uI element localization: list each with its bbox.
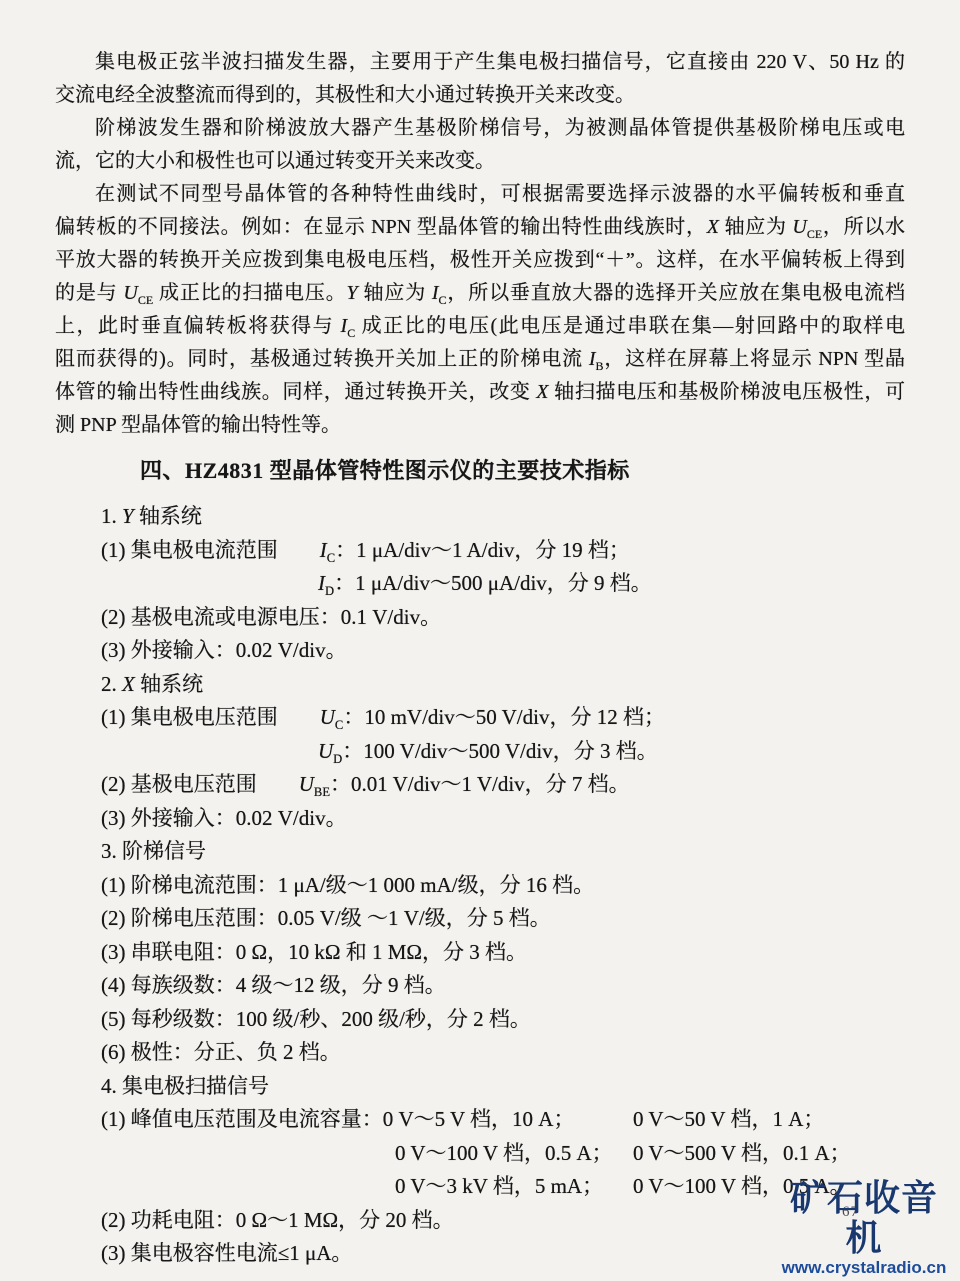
spec-list: 1. Y 轴系统(1) 集电极电流范围 IC：1 μA/div～1 A/div，… xyxy=(55,500,905,1271)
text-line: 流，它的大小和极性也可以通过转变开关来改变。 xyxy=(55,145,905,178)
spec-line-text: (3) 集电极容性电流≤1 μA。 xyxy=(101,1237,352,1271)
spec-line-text: (1) 阶梯电流范围：1 μA/级～1 000 mA/级，分 16 档。 xyxy=(101,869,594,903)
spec-line: 0 V～100 V 档，0.5 A；0 V～500 V 档，0.1 A； xyxy=(55,1137,905,1171)
text-line: 偏转板的不同接法。例如：在显示 NPN 型晶体管的输出特性曲线族时，X 轴应为 … xyxy=(55,211,905,244)
spec-line-text: 2. X 轴系统 xyxy=(101,668,203,702)
spec-line-text: 0 V～3 kV 档，5 mA； xyxy=(395,1170,603,1204)
spec-line-text: (4) 每族级数：4 级～12 级，分 9 档。 xyxy=(101,969,446,1003)
spec-line-text: 1. Y 轴系统 xyxy=(101,500,202,534)
spec-line: 3. 阶梯信号 xyxy=(55,835,905,869)
watermark-url: www.crystalradio.cn xyxy=(774,1258,954,1277)
spec-line-right-column: 0 V～50 V 档，1 A； xyxy=(633,1103,824,1137)
spec-line: (5) 每秒级数：100 级/秒、200 级/秒，分 2 档。 xyxy=(55,1003,905,1037)
text-line: 体管的输出特性曲线族。同样，通过转换开关，改变 X 轴扫描电压和基极阶梯波电压极… xyxy=(55,376,905,409)
text-line: 平放大器的转换开关应拨到集电极电压档，极性开关应拨到“＋”。这样，在水平偏转板上… xyxy=(55,244,905,277)
spec-line-text: (2) 基极电压范围 UBE：0.01 V/div～1 V/div，分 7 档。 xyxy=(101,768,630,802)
spec-line: (1) 集电极电流范围 IC：1 μA/div～1 A/div，分 19 档； xyxy=(55,534,905,568)
spec-line: (3) 外接输入：0.02 V/div。 xyxy=(55,634,905,668)
spec-line: UD：100 V/div～500 V/div，分 3 档。 xyxy=(55,735,905,769)
spec-line-text: UD：100 V/div～500 V/div，分 3 档。 xyxy=(318,735,658,769)
spec-line: 1. Y 轴系统 xyxy=(55,500,905,534)
text-line: 上，此时垂直偏转板将获得与 IC 成正比的电压(此电压是通过串联在集—射回路中的… xyxy=(55,310,905,343)
paragraph: 集电极正弦半波扫描发生器，主要用于产生集电极扫描信号，它直接由 220 V、50… xyxy=(55,46,905,112)
spec-line: (2) 阶梯电压范围：0.05 V/级 ～1 V/级，分 5 档。 xyxy=(55,902,905,936)
text-line: 阻而获得的)。同时，基极通过转换开关加上正的阶梯电流 IB，这样在屏幕上将显示 … xyxy=(55,343,905,376)
spec-line: (3) 外接输入：0.02 V/div。 xyxy=(55,802,905,836)
text-line: 在测试不同型号晶体管的各种特性曲线时，可根据需要选择示波器的水平偏转板和垂直 xyxy=(55,178,905,211)
spec-line: (1) 峰值电压范围及电流容量：0 V～5 V 档，10 A；0 V～50 V … xyxy=(55,1103,905,1137)
spec-line: 2. X 轴系统 xyxy=(55,668,905,702)
spec-line-text: (6) 极性：分正、负 2 档。 xyxy=(101,1036,341,1070)
spec-line-text: (3) 外接输入：0.02 V/div。 xyxy=(101,802,347,836)
paragraph: 在测试不同型号晶体管的各种特性曲线时，可根据需要选择示波器的水平偏转板和垂直偏转… xyxy=(55,178,905,442)
text-line: 交流电经全波整流而得到的，其极性和大小通过转换开关来改变。 xyxy=(55,79,905,112)
section-heading: 四、HZ4831 型晶体管特性图示仪的主要技术指标 xyxy=(140,456,905,486)
spec-line: 4. 集电极扫描信号 xyxy=(55,1070,905,1104)
text-line: 阶梯波发生器和阶梯波放大器产生基极阶梯信号，为被测晶体管提供基极阶梯电压或电 xyxy=(55,112,905,145)
spec-line-text: (2) 功耗电阻：0 Ω～1 MΩ，分 20 档。 xyxy=(101,1204,454,1238)
spec-line-text: (2) 阶梯电压范围：0.05 V/级 ～1 V/级，分 5 档。 xyxy=(101,902,551,936)
spec-line: ID：1 μA/div～500 μA/div，分 9 档。 xyxy=(55,567,905,601)
text-line: 的是与 UCE 成正比的扫描电压。Y 轴应为 IC，所以垂直放大器的选择开关应放… xyxy=(55,277,905,310)
spec-line: (6) 极性：分正、负 2 档。 xyxy=(55,1036,905,1070)
spec-line: (2) 基极电压范围 UBE：0.01 V/div～1 V/div，分 7 档。 xyxy=(55,768,905,802)
spec-line-text: (1) 集电极电流范围 IC：1 μA/div～1 A/div，分 19 档； xyxy=(101,534,630,568)
spec-line-text: (2) 基极电流或电源电压：0.1 V/div。 xyxy=(101,601,441,635)
spec-line-text: ID：1 μA/div～500 μA/div，分 9 档。 xyxy=(318,567,652,601)
spec-line: (1) 阶梯电流范围：1 μA/级～1 000 mA/级，分 16 档。 xyxy=(55,869,905,903)
text-line: 测 PNP 型晶体管的输出特性等。 xyxy=(55,409,905,442)
watermark-logo-text: 矿石收音机 xyxy=(774,1178,954,1258)
site-watermark: 67 矿石收音机 www.crystalradio.cn xyxy=(774,1178,954,1277)
spec-line: (1) 集电极电压范围 UC：10 mV/div～50 V/div，分 12 档… xyxy=(55,701,905,735)
text-line: 集电极正弦半波扫描发生器，主要用于产生集电极扫描信号，它直接由 220 V、50… xyxy=(55,46,905,79)
spec-line-text: (3) 外接输入：0.02 V/div。 xyxy=(101,634,347,668)
spec-line-text: 3. 阶梯信号 xyxy=(101,835,206,869)
spec-line-text: (3) 串联电阻：0 Ω，10 kΩ 和 1 MΩ，分 3 档。 xyxy=(101,936,527,970)
spec-line-text: (1) 峰值电压范围及电流容量：0 V～5 V 档，10 A； xyxy=(101,1103,574,1137)
spec-line-text: (1) 集电极电压范围 UC：10 mV/div～50 V/div，分 12 档… xyxy=(101,701,665,735)
spec-line: (4) 每族级数：4 级～12 级，分 9 档。 xyxy=(55,969,905,1003)
document-page: 集电极正弦半波扫描发生器，主要用于产生集电极扫描信号，它直接由 220 V、50… xyxy=(0,0,960,1271)
spec-line: (2) 基极电流或电源电压：0.1 V/div。 xyxy=(55,601,905,635)
spec-line-right-column: 0 V～500 V 档，0.1 A； xyxy=(633,1137,851,1171)
spec-line-text: 4. 集电极扫描信号 xyxy=(101,1070,269,1104)
intro-paragraphs: 集电极正弦半波扫描发生器，主要用于产生集电极扫描信号，它直接由 220 V、50… xyxy=(55,46,905,442)
spec-line-text: (5) 每秒级数：100 级/秒、200 级/秒，分 2 档。 xyxy=(101,1003,531,1037)
paragraph: 阶梯波发生器和阶梯波放大器产生基极阶梯信号，为被测晶体管提供基极阶梯电压或电流，… xyxy=(55,112,905,178)
spec-line: (3) 串联电阻：0 Ω，10 kΩ 和 1 MΩ，分 3 档。 xyxy=(55,936,905,970)
spec-line-text: 0 V～100 V 档，0.5 A； xyxy=(395,1137,613,1171)
